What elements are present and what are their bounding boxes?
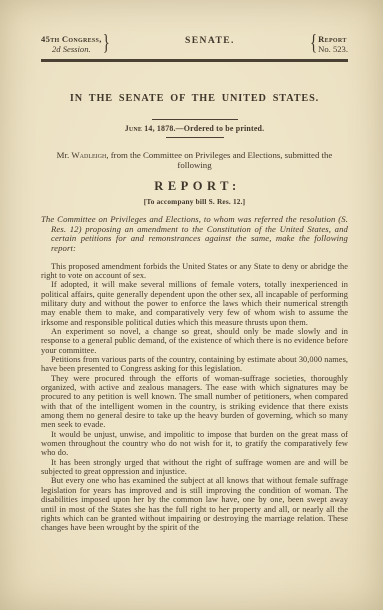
- date-text: June 14, 1878.: [125, 124, 176, 133]
- chamber-title: SENATE.: [185, 35, 235, 46]
- report-heading: REPORT:: [47, 179, 348, 194]
- header-rule: [41, 59, 348, 62]
- body-paragraph: It has been strongly urged that without …: [41, 458, 348, 477]
- opening-brace-glyph: {: [309, 38, 318, 52]
- body-paragraph: This proposed amendment forbids the Unit…: [41, 262, 348, 281]
- page-content: 45th Congress, 2d Session. } SENATE. { R…: [41, 35, 348, 533]
- congress-session-block: 45th Congress, 2d Session. }: [41, 35, 111, 54]
- session-label: 2d Session.: [41, 45, 102, 55]
- date-line: June 14, 1878.—Ordered to be printed.: [41, 124, 348, 133]
- accompany-note: [To accompany bill S. Res. 12.]: [41, 197, 348, 206]
- body-paragraph: An experiment so novel, a change so grea…: [41, 327, 348, 355]
- committee-preamble: The Committee on Privileges and Election…: [41, 215, 348, 253]
- date-rule-top: [152, 119, 238, 120]
- report-body: This proposed amendment forbids the Unit…: [41, 262, 348, 533]
- body-paragraph: But every one who has examined the subje…: [41, 476, 348, 532]
- report-number-block: { Report No. 523.: [309, 35, 348, 54]
- document-page: 45th Congress, 2d Session. } SENATE. { R…: [0, 0, 383, 610]
- masthead: 45th Congress, 2d Session. } SENATE. { R…: [41, 35, 348, 54]
- body-paragraph: It would be unjust, unwise, and impoliti…: [41, 430, 348, 458]
- submission-line: Mr. Wadleigh, from the Committee on Priv…: [41, 150, 348, 170]
- body-paragraph: They were procured through the efforts o…: [41, 374, 348, 430]
- order-to-print-text: —Ordered to be printed.: [176, 124, 265, 133]
- body-paragraph: If adopted, it will make several million…: [41, 280, 348, 327]
- submitter-prefix: Mr.: [57, 150, 72, 160]
- report-number-lines: Report No. 523.: [318, 35, 348, 54]
- date-rule-bottom: [166, 137, 224, 138]
- closing-brace-glyph: }: [102, 38, 111, 52]
- report-number: No. 523.: [318, 45, 348, 55]
- submitter-name: Wadleigh: [71, 150, 106, 160]
- submission-text: , from the Committee on Privileges and E…: [106, 150, 332, 170]
- document-title: IN THE SENATE OF THE UNITED STATES.: [41, 93, 348, 104]
- body-paragraph: Petitions from various parts of the coun…: [41, 355, 348, 374]
- congress-session-lines: 45th Congress, 2d Session.: [41, 35, 102, 54]
